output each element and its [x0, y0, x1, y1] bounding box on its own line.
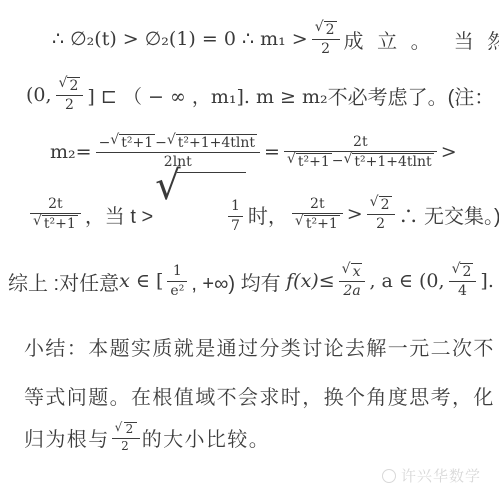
math-variable: x — [119, 270, 130, 292]
minus-sign: − — [155, 135, 167, 151]
sqrt-expression: √ t²+1+4tlnt — [344, 153, 434, 170]
sqrt-expression: √ t²+1 — [295, 215, 340, 232]
math-text: ∴ ∅₂(t) > ∅₂(1) = 0 ∴ m₁ > — [52, 28, 308, 50]
fraction-denominator: √ t²+1 − √ t²+1+4tlnt — [284, 151, 437, 170]
math-fraction: √ x 2a — [339, 263, 366, 299]
sqrt-radicand: t²+1+4tlnt — [352, 153, 433, 170]
math-fraction: √ 2 2 — [112, 422, 140, 454]
sqrt-expression: √ 2 — [370, 196, 392, 213]
math-text: ]. — [480, 270, 493, 292]
fraction-numerator: 2t — [292, 196, 343, 213]
summary-line-3: 归为根与 √ 2 2 的大小比较。 — [24, 422, 499, 454]
sqrt-expression: √ 1 7 — [155, 172, 246, 255]
math-text: , a ∈ (0, — [369, 270, 444, 292]
sqrt-sign: √ — [59, 76, 68, 90]
chinese-text: 成 立 。 当 然 — [344, 25, 499, 54]
fraction-numerator: √ 2 — [56, 77, 84, 95]
chinese-text: , +∞) 均有 — [191, 267, 286, 296]
sqrt-expression: √ x — [342, 263, 363, 280]
fraction-numerator: √ 2 — [449, 263, 477, 281]
formula-line-5: 综上 :对任意 x ∈ [ 1 e² , +∞) 均有 f(x) ≤ √ x 2… — [8, 252, 499, 310]
fraction-denominator: 4 — [449, 281, 477, 299]
minus-sign: − — [99, 135, 111, 151]
fraction-numerator: 2t — [284, 134, 437, 151]
sqrt-sign: √ — [33, 214, 42, 228]
math-fraction: 1 e² — [167, 263, 187, 298]
sqrt-expression: √ 2 — [315, 21, 337, 38]
math-fraction: 2t √ t²+1 − √ t²+1+4tlnt — [284, 134, 437, 170]
formula-line-3: m₂ = − √ t²+1 − √ t²+1+4tlnt 2lnt = 2t — [50, 124, 499, 180]
watermark-text: 许兴华数学 — [401, 465, 481, 486]
math-function: f(x) — [286, 270, 319, 292]
sqrt-radicand: t²+1+4tlnt — [176, 134, 257, 151]
sqrt-sign: √ — [115, 421, 124, 433]
formula-line-2: (0, √ 2 2 ] ⊏ （ − ∞ ，m₁]. m ≥ m₂ 不必考虑了。(… — [26, 70, 499, 120]
summary-text: 归为根与 — [24, 423, 110, 452]
chinese-text: ，当 t > — [85, 200, 153, 229]
greater-than-sign: > — [441, 141, 457, 163]
math-solution-document: ∴ ∅₂(t) > ∅₂(1) = 0 ∴ m₁ > √ 2 2 成 立 。 当… — [0, 0, 499, 494]
sqrt-radicand: t²+1 — [119, 134, 155, 151]
chinese-text: 不必考虑了。(注： — [328, 81, 495, 110]
equals-sign: = — [264, 141, 280, 163]
fraction-denominator: √ t²+1 — [292, 213, 343, 232]
math-fraction: 1 7 — [228, 198, 243, 233]
fraction-numerator: √ x — [339, 263, 366, 281]
sqrt-expression: √ t²+1 — [33, 215, 78, 232]
summary-text: 等式问题。在根值域不会求时，换个角度思考，化 — [24, 381, 495, 410]
fraction-denominator: e² — [167, 281, 187, 299]
greater-than-sign: > — [347, 203, 363, 225]
math-text: ] ⊏ （ − ∞ ，m₁]. m ≥ m₂ — [87, 82, 327, 109]
sqrt-radicand: 2 — [67, 77, 80, 94]
formula-line-1: ∴ ∅₂(t) > ∅₂(1) = 0 ∴ m₁ > √ 2 2 成 立 。 当… — [52, 16, 499, 62]
leq-sign: ≤ — [319, 270, 335, 292]
fraction-numerator: √ 2 — [367, 196, 395, 214]
sqrt-sign: √ — [452, 262, 461, 276]
math-fraction: 2t √ t²+1 — [30, 196, 81, 232]
chinese-text: 综上 :对任意 — [8, 267, 119, 296]
fraction-denominator: 2a — [339, 281, 366, 299]
sqrt-radicand: 2 — [379, 196, 392, 213]
math-text: ∈ [ — [130, 270, 164, 292]
sqrt-radicand: 2 — [124, 422, 137, 437]
sqrt-expression: √ t²+1+4tlnt — [167, 134, 257, 151]
fraction-numerator: √ 2 — [312, 21, 340, 39]
fraction-denominator: 2 — [367, 214, 395, 232]
sqrt-sign: √ — [315, 20, 324, 34]
math-fraction: √ 2 4 — [449, 263, 477, 299]
watermark-logo-icon — [382, 469, 396, 483]
fraction-denominator: 2 — [56, 95, 84, 113]
sqrt-radicand: 2 — [460, 263, 473, 280]
fraction-denominator: 7 — [228, 216, 243, 234]
math-text: (0, — [26, 84, 52, 106]
sqrt-expression: √ t²+1 — [110, 134, 155, 151]
fraction-numerator: 1 — [228, 198, 243, 215]
sqrt-sign: √ — [344, 152, 353, 166]
sqrt-sign: √ — [287, 152, 296, 166]
math-fraction: √ 2 2 — [312, 21, 340, 57]
sqrt-sign: √ — [167, 133, 176, 147]
math-fraction: √ 2 2 — [56, 77, 84, 113]
summary-line-2: 等式问题。在根值域不会求时，换个角度思考，化 — [24, 381, 499, 410]
sqrt-radicand: t²+1 — [296, 153, 332, 170]
sqrt-radicand: 2 — [324, 21, 337, 38]
summary-text: 的大小比较。 — [142, 423, 270, 452]
fraction-numerator: √ 2 — [112, 422, 140, 438]
sqrt-radicand: 1 7 — [177, 172, 246, 255]
minus-sign: − — [332, 153, 344, 169]
sqrt-radicand: x — [351, 263, 363, 280]
sqrt-expression: √ t²+1 — [287, 153, 332, 170]
sqrt-sign: √ — [110, 133, 119, 147]
sqrt-sign: √ — [342, 262, 351, 276]
fraction-numerator: 2t — [30, 196, 81, 213]
summary-text: 小结：本题实质就是通过分类讨论去解一元二次不 — [24, 332, 495, 361]
equals-sign: = — [76, 141, 92, 163]
math-fraction: √ 2 2 — [367, 196, 395, 232]
sqrt-expression: √ 2 — [452, 263, 474, 280]
math-text: m₂ — [50, 141, 76, 163]
sqrt-sign: √ — [155, 169, 181, 203]
fraction-numerator: 1 — [167, 263, 187, 280]
sqrt-expression: √ 2 — [59, 77, 81, 94]
sqrt-expression: √ 2 — [115, 422, 137, 437]
fraction-denominator: √ t²+1 — [30, 213, 81, 232]
sqrt-radicand: t²+1 — [304, 215, 340, 232]
sqrt-sign: √ — [295, 214, 304, 228]
summary-line-1: 小结：本题实质就是通过分类讨论去解一元二次不 — [24, 332, 499, 361]
chinese-text: 时， — [248, 200, 288, 229]
chinese-text: ∴ 无交集。) — [399, 200, 499, 229]
sqrt-radicand: t²+1 — [42, 215, 78, 232]
fraction-numerator: − √ t²+1 − √ t²+1+4tlnt — [96, 134, 260, 152]
sqrt-sign: √ — [370, 195, 379, 209]
fraction-denominator: 2 — [312, 39, 340, 57]
math-fraction: 2t √ t²+1 — [292, 196, 343, 232]
watermark: 许兴华数学 — [382, 465, 481, 486]
fraction-denominator: 2 — [112, 438, 140, 454]
formula-line-4: 2t √ t²+1 ，当 t > √ 1 7 时， 2t √ — [26, 186, 499, 242]
